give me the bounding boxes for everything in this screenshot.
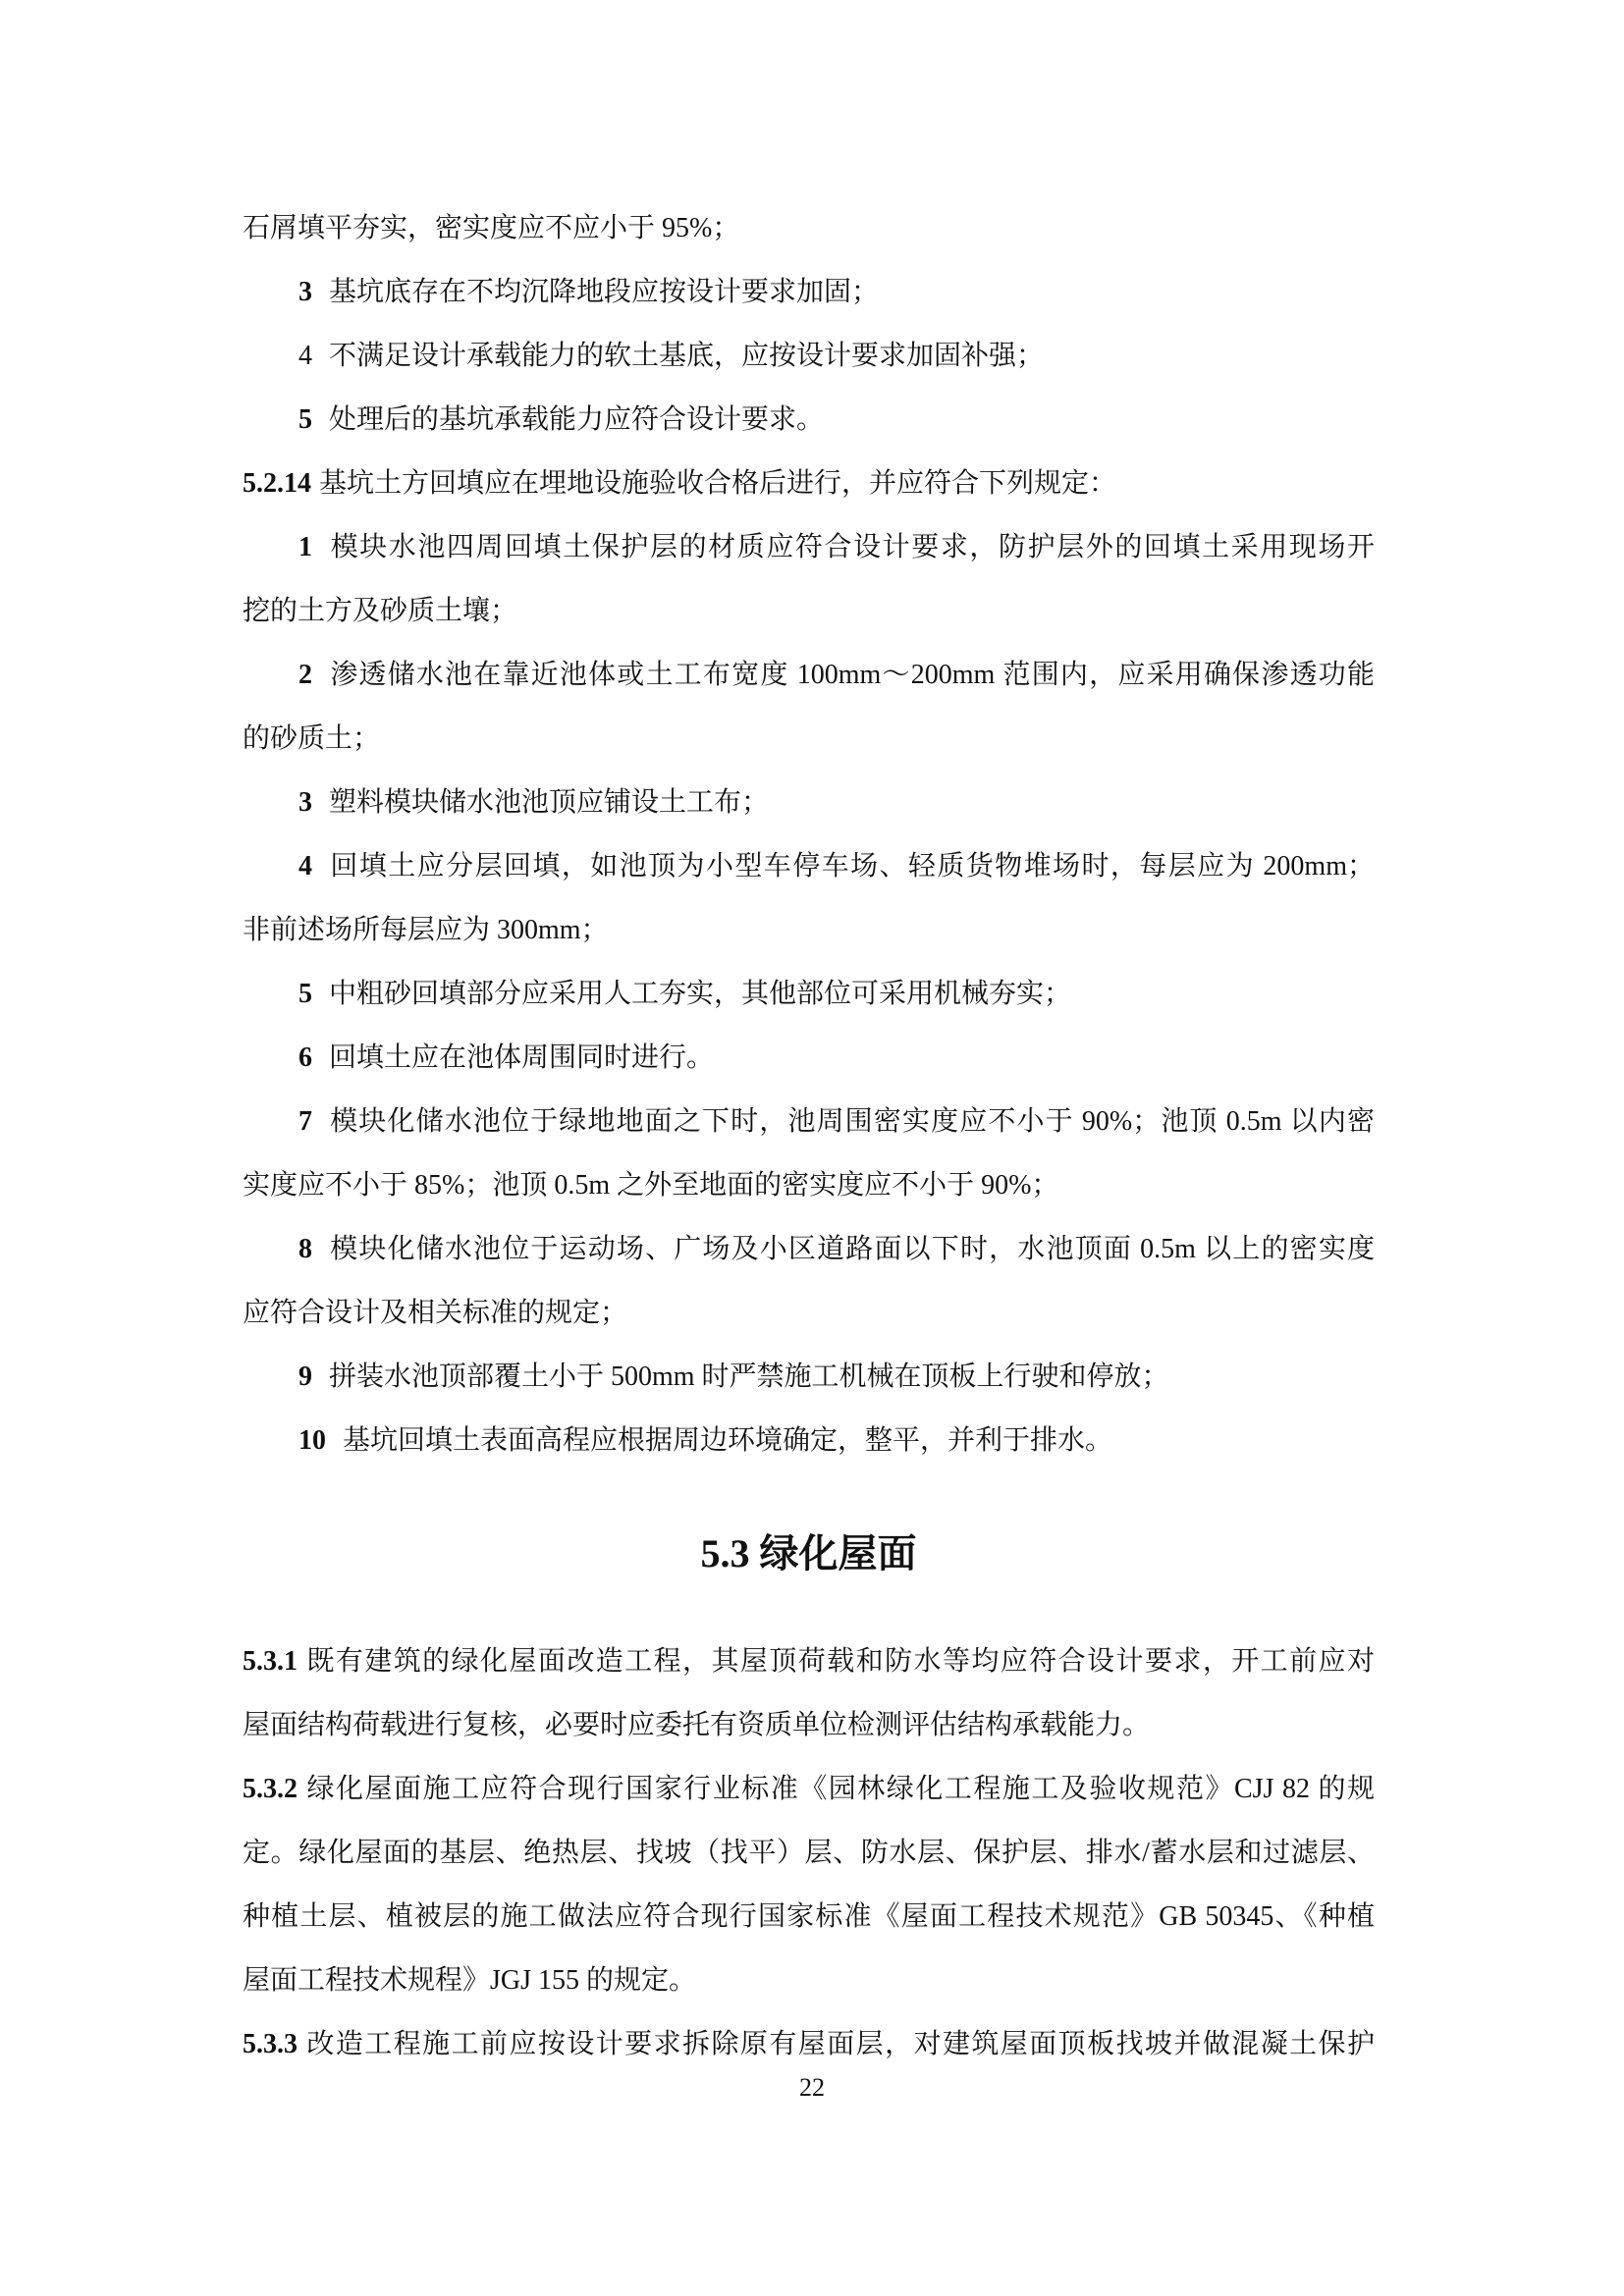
text-line: 4回填土应分层回填，如池顶为小型车停车场、轻质货物堆场时，每层应为 200mm； bbox=[243, 834, 1375, 898]
text-line: 2渗透储水池在靠近池体或土工布宽度 100mm～200mm 范围内，应采用确保渗… bbox=[243, 643, 1375, 707]
text-line: 的砂质土； bbox=[243, 707, 1375, 771]
line-text: 模块水池四周回填土保护层的材质应符合设计要求，防护层外的回填土采用现场开 bbox=[329, 532, 1375, 562]
text-line: 5.3.1既有建筑的绿化屋面改造工程，其屋顶荷载和防水等均应符合设计要求，开工前… bbox=[243, 1629, 1375, 1693]
line-text: 渗透储水池在靠近池体或土工布宽度 100mm～200mm 范围内，应采用确保渗透… bbox=[329, 660, 1375, 690]
item-number: 1 bbox=[298, 532, 312, 562]
line-text: 基坑底存在不均沉降地段应按设计要求加固； bbox=[329, 277, 879, 307]
text-line: 3塑料模块储水池池顶应铺设土工布； bbox=[243, 771, 1375, 834]
line-text: 改造工程施工前应按设计要求拆除原有屋面层，对建筑屋面顶板找坡并做混凝土保护 bbox=[305, 2029, 1375, 2059]
line-text: 塑料模块储水池池顶应铺设土工布； bbox=[329, 787, 769, 818]
text-line: 5中粗砂回填部分应采用人工夯实，其他部位可采用机械夯实； bbox=[243, 962, 1375, 1026]
line-text: 基坑土方回填应在埋地设施验收合格后进行，并应符合下列规定： bbox=[319, 468, 1116, 499]
line-text: 的砂质土； bbox=[243, 723, 380, 754]
item-number: 3 bbox=[298, 277, 312, 307]
item-number: 8 bbox=[298, 1234, 312, 1264]
text-line: 实度应不小于 85%；池顶 0.5m 之外至地面的密实度应不小于 90%； bbox=[243, 1153, 1375, 1217]
line-text: 定。绿化屋面的基层、绝热层、找坡（找平）层、防水层、保护层、排水/蓄水层和过滤层… bbox=[243, 1838, 1375, 1868]
item-number: 4 bbox=[298, 851, 312, 881]
line-text: 中粗砂回填部分应采用人工夯实，其他部位可采用机械夯实； bbox=[329, 979, 1071, 1009]
text-line: 9拼装水池顶部覆土小于 500mm 时严禁施工机械在顶板上行驶和停放； bbox=[243, 1345, 1375, 1409]
line-text: 屋面结构荷载进行复核，必要时应委托有资质单位检测评估结构承载能力。 bbox=[243, 1710, 1150, 1740]
line-text: 处理后的基坑承载能力应符合设计要求。 bbox=[329, 404, 824, 435]
line-text: 模块化储水池位于运动场、广场及小区道路面以下时，水池顶面 0.5m 以上的密实度 bbox=[329, 1234, 1375, 1264]
item-number: 5.3.2 bbox=[243, 1774, 298, 1804]
text-line: 4不满足设计承载能力的软土基底，应按设计要求加固补强； bbox=[243, 324, 1375, 388]
line-text: 基坑回填土表面高程应根据周边环境确定，整平，并利于排水。 bbox=[343, 1425, 1112, 1456]
text-line: 非前述场所每层应为 300mm； bbox=[243, 898, 1375, 962]
item-number: 2 bbox=[298, 660, 312, 690]
line-text: 实度应不小于 85%；池顶 0.5m 之外至地面的密实度应不小于 90%； bbox=[243, 1170, 1058, 1201]
text-line: 石屑填平夯实，密实度应不应小于 95%； bbox=[243, 196, 1375, 260]
text-line: 5.2.14基坑土方回填应在埋地设施验收合格后进行，并应符合下列规定： bbox=[243, 452, 1375, 515]
item-number: 5 bbox=[298, 979, 312, 1009]
document-page: 石屑填平夯实，密实度应不应小于 95%；3基坑底存在不均沉降地段应按设计要求加固… bbox=[0, 0, 1624, 2296]
page-number: 22 bbox=[0, 2071, 1624, 2105]
text-line: 应符合设计及相关标准的规定； bbox=[243, 1281, 1375, 1345]
line-text: 应符合设计及相关标准的规定； bbox=[243, 1298, 627, 1328]
line-text: 不满足设计承载能力的软土基底，应按设计要求加固补强； bbox=[329, 341, 1044, 371]
section-heading: 5.3 绿化屋面 bbox=[243, 1522, 1375, 1585]
text-line: 1模块水池四周回填土保护层的材质应符合设计要求，防护层外的回填土采用现场开 bbox=[243, 515, 1375, 579]
text-line: 屋面工程技术规程》JGJ 155 的规定。 bbox=[243, 1949, 1375, 2012]
text-line: 3基坑底存在不均沉降地段应按设计要求加固； bbox=[243, 260, 1375, 324]
item-number: 5 bbox=[298, 404, 312, 435]
text-line: 定。绿化屋面的基层、绝热层、找坡（找平）层、防水层、保护层、排水/蓄水层和过滤层… bbox=[243, 1821, 1375, 1885]
item-number: 7 bbox=[298, 1106, 312, 1137]
line-text: 挖的土方及砂质土壤； bbox=[243, 596, 517, 626]
text-line: 8模块化储水池位于运动场、广场及小区道路面以下时，水池顶面 0.5m 以上的密实… bbox=[243, 1217, 1375, 1281]
item-number: 6 bbox=[298, 1042, 312, 1073]
item-number: 10 bbox=[298, 1425, 326, 1456]
item-number: 4 bbox=[298, 341, 312, 371]
line-text: 回填土应分层回填，如池顶为小型车停车场、轻质货物堆场时，每层应为 200mm； bbox=[329, 851, 1375, 881]
item-number: 5.3.1 bbox=[243, 1646, 298, 1677]
line-text: 回填土应在池体周围同时进行。 bbox=[329, 1042, 714, 1073]
line-text: 拼装水池顶部覆土小于 500mm 时严禁施工机械在顶板上行驶和停放； bbox=[329, 1362, 1169, 1392]
text-line: 屋面结构荷载进行复核，必要时应委托有资质单位检测评估结构承载能力。 bbox=[243, 1693, 1375, 1757]
line-text: 模块化储水池位于绿地地面之下时，池周围密实度应不小于 90%；池顶 0.5m 以… bbox=[329, 1106, 1375, 1137]
text-line: 挖的土方及砂质土壤； bbox=[243, 579, 1375, 643]
text-line: 7模块化储水池位于绿地地面之下时，池周围密实度应不小于 90%；池顶 0.5m … bbox=[243, 1090, 1375, 1153]
item-number: 5.3.3 bbox=[243, 2029, 298, 2059]
line-text: 非前述场所每层应为 300mm； bbox=[243, 915, 609, 945]
line-text: 种植土层、植被层的施工做法应符合现行国家标准《屋面工程技术规范》GB 50345… bbox=[243, 1901, 1375, 1932]
text-line: 10基坑回填土表面高程应根据周边环境确定，整平，并利于排水。 bbox=[243, 1409, 1375, 1472]
text-line: 6回填土应在池体周围同时进行。 bbox=[243, 1026, 1375, 1090]
document-body: 石屑填平夯实，密实度应不应小于 95%；3基坑底存在不均沉降地段应按设计要求加固… bbox=[243, 196, 1375, 2076]
item-number: 3 bbox=[298, 787, 312, 818]
text-line: 5.3.3改造工程施工前应按设计要求拆除原有屋面层，对建筑屋面顶板找坡并做混凝土… bbox=[243, 2012, 1375, 2076]
line-text: 屋面工程技术规程》JGJ 155 的规定。 bbox=[243, 1965, 696, 1996]
line-text: 绿化屋面施工应符合现行国家行业标准《园林绿化工程施工及验收规范》CJJ 82 的… bbox=[305, 1774, 1375, 1804]
item-number: 9 bbox=[298, 1362, 312, 1392]
text-line: 5.3.2绿化屋面施工应符合现行国家行业标准《园林绿化工程施工及验收规范》CJJ… bbox=[243, 1757, 1375, 1821]
line-text: 石屑填平夯实，密实度应不应小于 95%； bbox=[243, 213, 739, 243]
text-line: 种植土层、植被层的施工做法应符合现行国家标准《屋面工程技术规范》GB 50345… bbox=[243, 1885, 1375, 1949]
line-text: 既有建筑的绿化屋面改造工程，其屋顶荷载和防水等均应符合设计要求，开工前应对 bbox=[305, 1646, 1375, 1677]
text-line: 5处理后的基坑承载能力应符合设计要求。 bbox=[243, 388, 1375, 452]
item-number: 5.2.14 bbox=[243, 468, 311, 499]
